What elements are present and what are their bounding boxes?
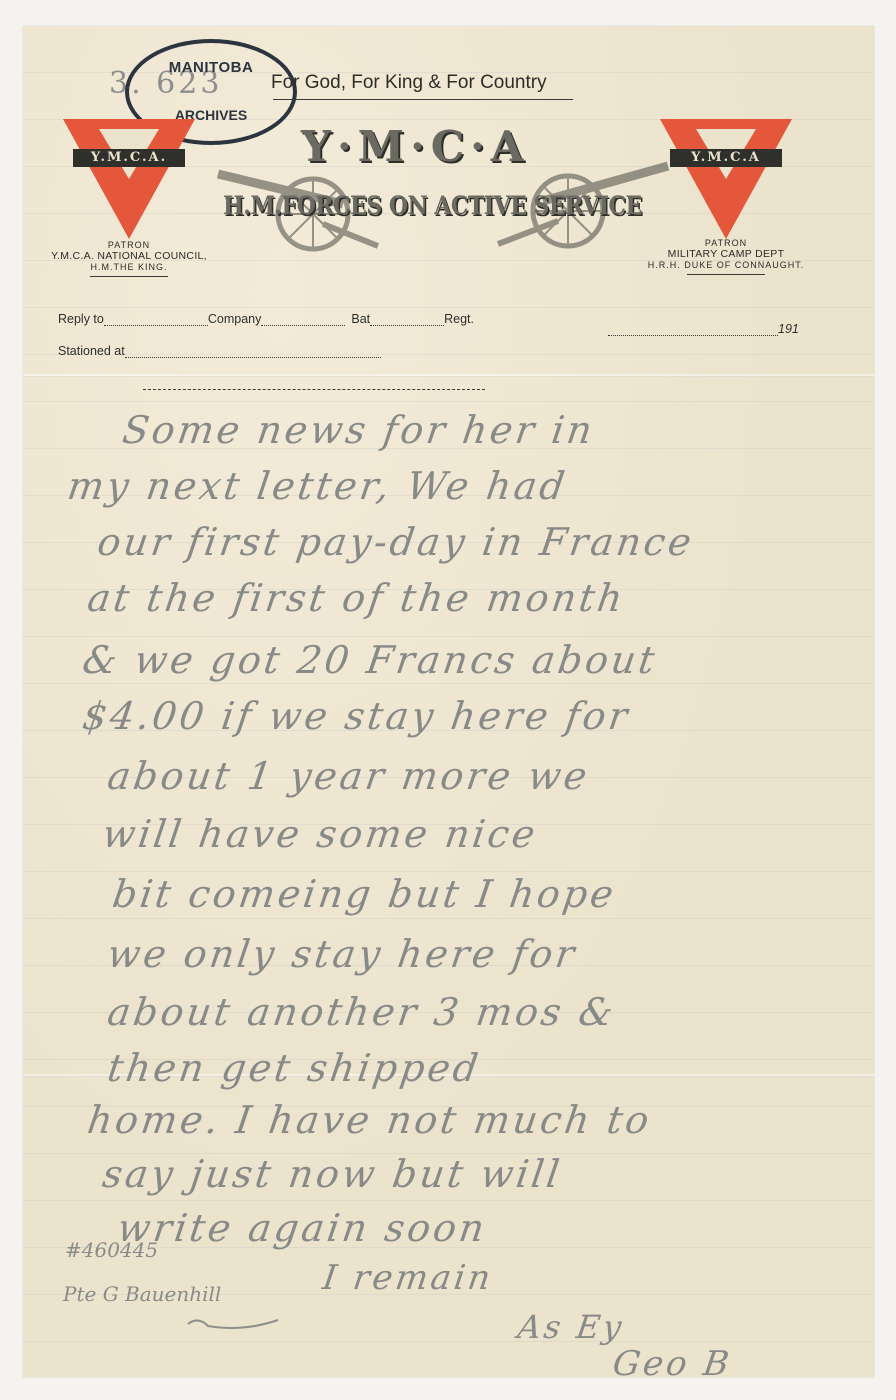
letter-line: we only stay here for xyxy=(105,932,580,976)
date-field xyxy=(608,323,778,336)
letter-line: about another 3 mos & xyxy=(105,990,619,1034)
letter-line: my next letter, We had xyxy=(65,464,570,508)
bat-field xyxy=(370,313,444,326)
closing: I remain xyxy=(320,1258,496,1298)
sender-name: Pte G Bauenhill xyxy=(63,1282,221,1306)
letter-line: our first pay-day in France xyxy=(95,520,697,564)
letter-line: & we got 20 Francs about xyxy=(80,638,660,682)
service-number: #460445 xyxy=(65,1238,158,1262)
letter-line: will have some nice xyxy=(100,812,541,856)
letter-page: 3. 623 MANITOBA ARCHIVES For God, For Ki… xyxy=(23,26,874,1377)
patron-line2: H.M.THE KING. xyxy=(43,262,215,272)
letter-line: then get shipped xyxy=(105,1046,484,1090)
letter-line: Some news for her in xyxy=(120,408,598,452)
regt-label: Regt. xyxy=(444,312,474,326)
address-line xyxy=(143,388,485,390)
year-prefix: 191 xyxy=(778,322,799,336)
letterhead-subtitle: H.M.FORCES ON ACTIVE SERVICE xyxy=(223,191,642,221)
left-patron-block: PATRON Y.M.C.A. NATIONAL COUNCIL, H.M.TH… xyxy=(43,240,215,277)
company-label: Company xyxy=(208,312,262,326)
patron-rule xyxy=(90,276,168,277)
signature: Geo B xyxy=(610,1344,734,1384)
patron-label: PATRON xyxy=(43,240,215,250)
form-row-stationed: Stationed at xyxy=(58,344,381,358)
letter-line: at the first of the month xyxy=(85,576,628,620)
reply-to-field xyxy=(104,313,208,326)
letter-line: home. I have not much to xyxy=(85,1098,655,1142)
letterhead-title: Y·M·C·A xyxy=(301,122,529,171)
reply-to-label: Reply to xyxy=(58,312,104,326)
date-field-row: 191 xyxy=(608,322,799,336)
letter-line: about 1 year more we xyxy=(105,754,593,798)
patron-line2: H.R.H. DUKE OF CONNAUGHT. xyxy=(637,260,815,270)
emblem-band: Y.M.C.A xyxy=(670,149,782,167)
letter-line: $4.00 if we stay here for xyxy=(80,694,633,738)
company-field xyxy=(261,313,345,326)
bat-label: Bat xyxy=(351,312,370,326)
letter-line: say just now but will xyxy=(100,1152,565,1196)
stationed-at-label: Stationed at xyxy=(58,344,125,358)
closing-second: As Ey xyxy=(515,1308,626,1346)
motto-rule xyxy=(273,99,573,100)
form-row-reply: Reply to Company Bat Regt. xyxy=(58,312,474,326)
stamp-top-text: MANITOBA xyxy=(129,59,293,76)
emblem-band: Y.M.C.A. xyxy=(73,149,185,167)
ymca-triangle-emblem-left: Y.M.C.A. xyxy=(63,119,195,241)
patron-line1: Y.M.C.A. NATIONAL COUNCIL, xyxy=(43,250,215,262)
patron-rule xyxy=(687,274,765,275)
motto: For God, For King & For Country xyxy=(271,72,547,94)
ymca-triangle-emblem-right: Y.M.C.A xyxy=(660,119,792,241)
stationed-at-field xyxy=(125,345,381,358)
fold-crease xyxy=(23,374,874,377)
underline-flourish-icon xyxy=(183,1316,283,1336)
letter-line: bit comeing but I hope xyxy=(110,872,619,916)
letter-line: write again soon xyxy=(115,1206,490,1250)
